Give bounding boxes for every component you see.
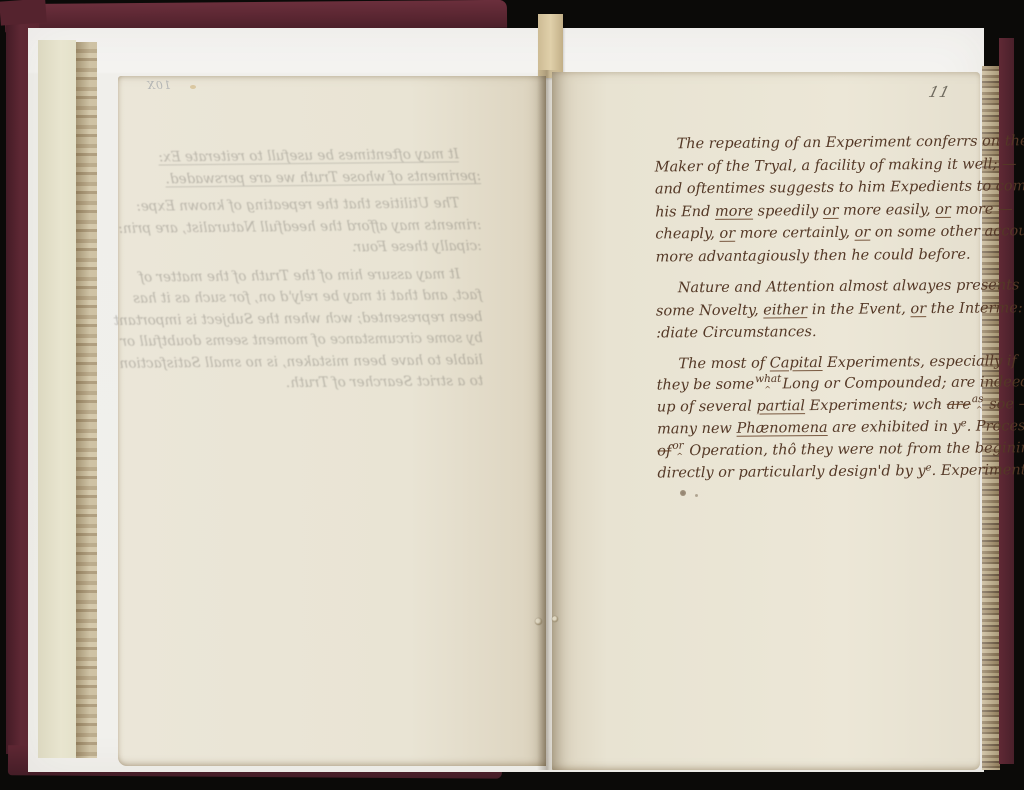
foxing-spot	[190, 85, 196, 89]
manuscript-line: It may oftentimes be usefull to reiterat…	[129, 144, 481, 169]
right-page-manuscript-text: The repeating of an Experiment conferrs …	[654, 131, 989, 485]
manuscript-word-segment: . Experimenter.	[932, 462, 1024, 479]
manuscript-paragraph: The repeating of an Experiment conferrs …	[654, 131, 987, 269]
manuscript-word-segment: Long or Compounded; are indeed made	[782, 373, 1024, 392]
manuscript-word-segment: liable to have been mistaken, is no smal…	[119, 352, 483, 372]
manuscript-word-segment: many new	[657, 420, 737, 437]
gutter-guard-strip	[538, 14, 563, 78]
manuscript-word-segment: speedily	[753, 202, 823, 219]
manuscript-line: :cipally these Four.	[130, 236, 482, 261]
manuscript-word-segment: are exhibited in y	[828, 418, 961, 435]
manuscript-word-segment: or	[910, 301, 926, 317]
manuscript-line: ofor^ Operation, thô they were not from …	[657, 438, 989, 463]
manuscript-word-segment: fact, and that it may be rely'd on, for …	[133, 287, 483, 307]
manuscript-line: many new Phænomena are exhibited in ye. …	[657, 416, 989, 441]
manuscript-word-segment: Phænomena	[736, 419, 827, 436]
manuscript-word-segment: The Utilities that the repeating of know…	[136, 195, 459, 214]
manuscript-word-segment: the Interme:	[926, 300, 1023, 317]
manuscript-word-segment: or	[854, 225, 870, 241]
manuscript-line: directly or particularly design'd by ye.…	[657, 460, 989, 485]
insertion-caret: ^	[676, 445, 683, 466]
wormhole-dot	[552, 616, 558, 622]
manuscript-word-segment: It may assure him of the Truth of the ma…	[139, 266, 460, 285]
manuscript-word-segment: are	[947, 396, 971, 412]
manuscript-word-segment: It may oftentimes be usefull to reiterat…	[159, 146, 459, 165]
folio-number: 11	[927, 83, 953, 101]
manuscript-word-segment: :periments of whose Truth we are perswad…	[165, 168, 481, 187]
manuscript-word-segment: and oftentimes suggests to him Expedient…	[655, 178, 1024, 198]
manuscript-line: more advantagiously then he could before…	[655, 243, 987, 268]
manuscript-word-segment: more advantagiously then he could before…	[655, 246, 970, 265]
manuscript-line: :periments of whose Truth we are perswad…	[129, 166, 481, 191]
left-page-showthrough-text: It may oftentimes be usefull to reiterat…	[129, 144, 484, 396]
manuscript-word-segment: e	[926, 457, 932, 478]
manuscript-word-segment: Operation, thô they were not from the be…	[685, 440, 1024, 459]
open-manuscript-book-photo: 10X It may oftentimes be usefull to reit…	[0, 0, 1024, 790]
manuscript-word-segment: soe —	[984, 396, 1024, 412]
manuscript-word-segment: what^	[755, 368, 781, 389]
manuscript-line: The most of Capital Experiments, especia…	[656, 351, 988, 375]
manuscript-word-segment: The repeating of an Experiment conferrs …	[676, 133, 1024, 152]
manuscript-line: and oftentimes suggests to him Expedient…	[655, 176, 987, 201]
manuscript-word-segment: of	[657, 443, 671, 459]
manuscript-line: Nature and Attention almost alwayes pres…	[656, 275, 988, 300]
ink-speck	[695, 494, 698, 497]
manuscript-word-segment: either	[763, 302, 807, 318]
manuscript-word-segment: more —	[951, 201, 1013, 218]
manuscript-line: his End more speedily or more easily, or…	[655, 198, 987, 223]
manuscript-line: by some circumstance of moment seems dou…	[131, 328, 483, 353]
manuscript-paragraph: It may assure him of the Truth of the ma…	[130, 264, 483, 397]
manuscript-word-segment: Experiments; wch	[805, 396, 947, 413]
manuscript-paragraph: The Utilities that the repeating of know…	[129, 193, 482, 261]
manuscript-word-segment: or^	[672, 435, 684, 456]
manuscript-word-segment: more	[715, 203, 753, 219]
manuscript-word-segment: Nature and Attention almost alwayes pres…	[678, 277, 1020, 296]
manuscript-word-segment: :riments may afford the heedfull Natural…	[118, 217, 481, 237]
manuscript-word-segment: partial	[756, 398, 805, 414]
manuscript-word-segment: cheaply,	[655, 226, 719, 243]
left-endpaper-edge	[38, 40, 76, 758]
left-page-showthrough-folio-mark: 10X	[146, 79, 171, 92]
manuscript-line: fact, and that it may be rely'd on, for …	[130, 285, 482, 310]
manuscript-word-segment: Maker of the Tryal, a facility of making…	[655, 156, 1017, 175]
manuscript-word-segment: or	[935, 201, 951, 217]
manuscript-paragraph: The most of Capital Experiments, especia…	[656, 351, 989, 485]
manuscript-word-segment: they be some	[657, 376, 755, 393]
manuscript-word-segment: his End	[655, 203, 715, 220]
manuscript-line: they be somewhat^Long or Compounded; are…	[657, 372, 989, 397]
insertion-caret: ^	[764, 378, 771, 399]
manuscript-word-segment: :diate Circumstances.	[656, 324, 816, 341]
manuscript-word-segment: . Process	[967, 418, 1024, 435]
manuscript-word-segment: up of several	[657, 398, 757, 415]
manuscript-word-segment: or	[823, 202, 839, 218]
manuscript-line: cheaply, or more certainly, or on some o…	[655, 221, 987, 246]
manuscript-word-segment: :cipally these Four.	[352, 238, 482, 255]
manuscript-word-segment: some Novelty,	[656, 302, 763, 319]
manuscript-word-segment: more certainly,	[735, 225, 855, 242]
manuscript-paragraph: Nature and Attention almost alwayes pres…	[656, 275, 989, 345]
left-guard-strip	[76, 42, 97, 758]
manuscript-line: Maker of the Tryal, a facility of making…	[655, 153, 987, 178]
ink-blot	[680, 490, 686, 496]
manuscript-word-segment: e	[961, 413, 967, 434]
manuscript-line: The Utilities that the repeating of know…	[129, 193, 481, 218]
manuscript-paragraph: It may oftentimes be usefull to reiterat…	[129, 144, 481, 191]
manuscript-line: up of several partial Experiments; wch a…	[657, 394, 989, 419]
book-cover-bottom-right-corner	[0, 0, 47, 26]
right-page: 11 The repeating of an Experiment confer…	[552, 72, 980, 770]
manuscript-word-segment: been represented; wch when the Subject i…	[114, 309, 483, 329]
insertion-caret: ^	[976, 399, 983, 420]
manuscript-word-segment: more easily,	[838, 202, 935, 219]
manuscript-word-segment: to a strict Searcher of Truth.	[286, 373, 483, 391]
manuscript-line: to a strict Searcher of Truth.	[131, 371, 483, 396]
manuscript-word-segment: or	[719, 226, 735, 242]
manuscript-word-segment: by some circumstance of moment seems dou…	[120, 330, 482, 350]
manuscript-line: :diate Circumstances.	[656, 320, 988, 345]
manuscript-line: The repeating of an Experiment conferrs …	[654, 131, 986, 156]
manuscript-word-segment: directly or particularly design'd by y	[657, 463, 925, 481]
manuscript-line: some Novelty, either in the Event, or th…	[656, 297, 988, 322]
manuscript-word-segment: on some other account	[870, 223, 1024, 241]
manuscript-word-segment: as^	[972, 389, 984, 410]
manuscript-word-segment: Experiments, especially if	[822, 353, 1016, 371]
manuscript-word-segment: in the Event,	[807, 301, 910, 318]
left-page: 10X It may oftentimes be usefull to reit…	[118, 76, 546, 766]
